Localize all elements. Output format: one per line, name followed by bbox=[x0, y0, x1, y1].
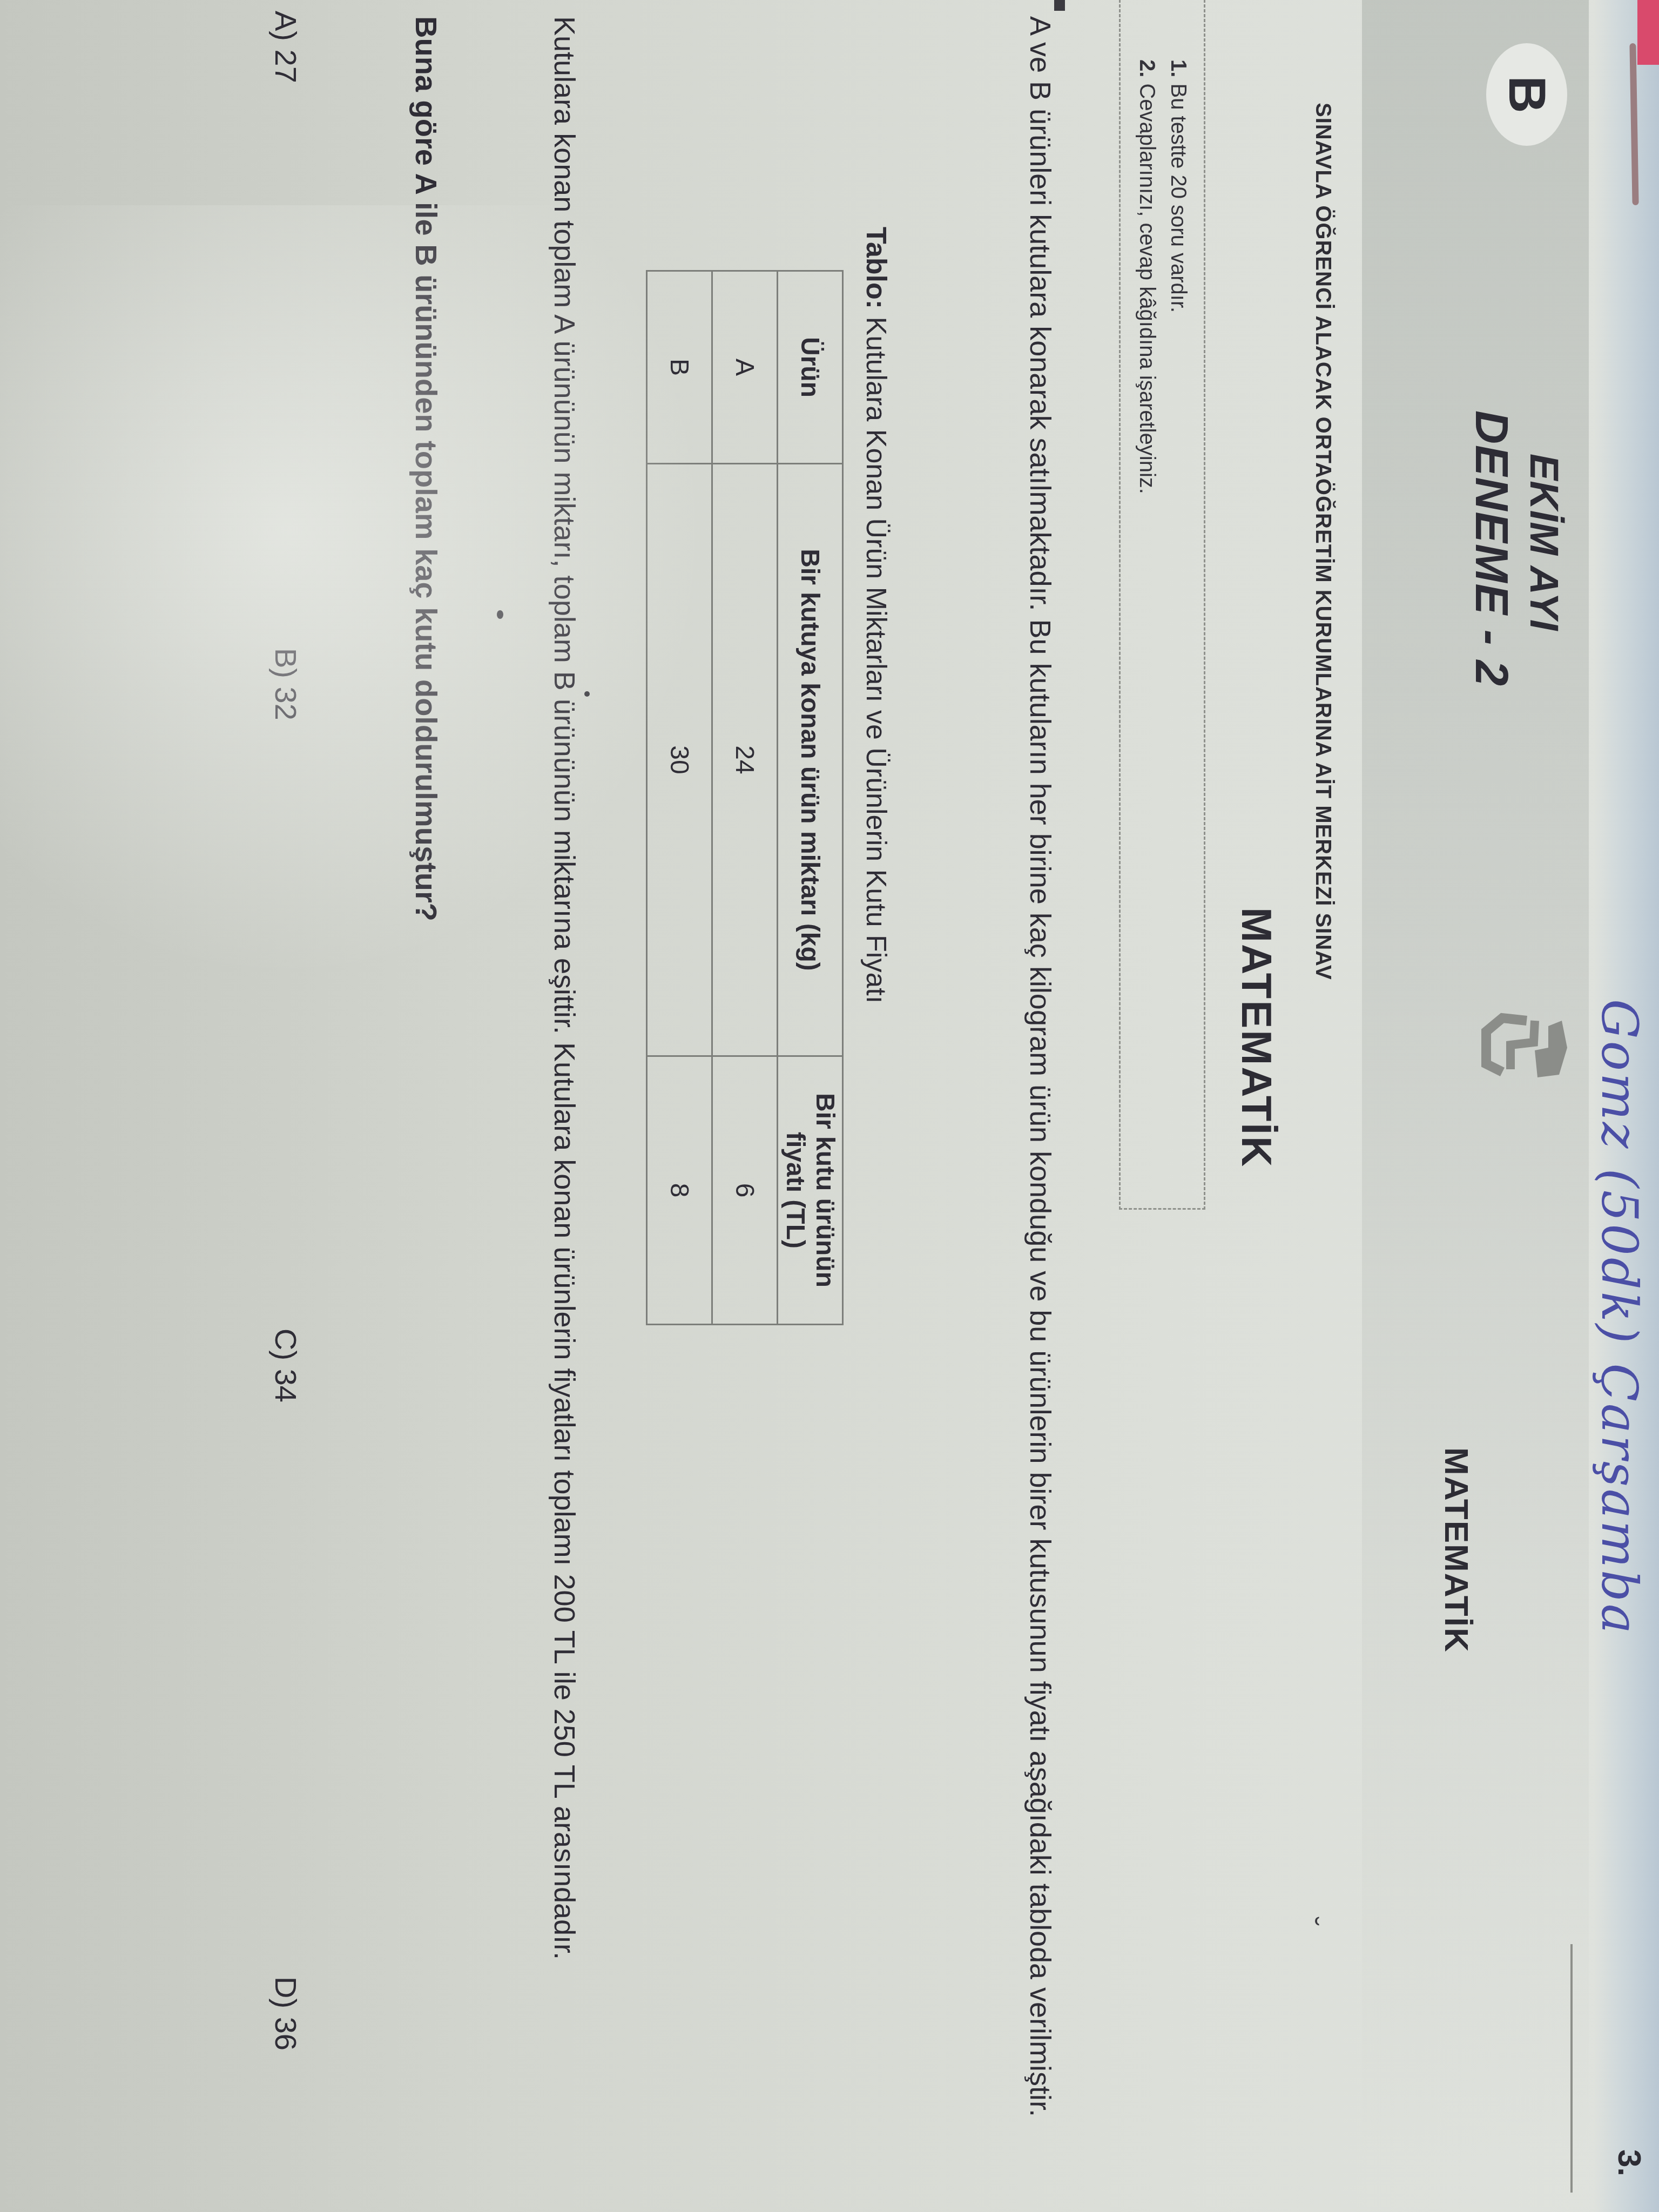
exam-month: EKİM AYI bbox=[1521, 454, 1567, 687]
pencil-mark: ˘ bbox=[1293, 1917, 1324, 1926]
table-caption: Tablo: Kutulara Konan Ürün Miktarları ve… bbox=[860, 227, 892, 1003]
question-prompt: Buna göre A ile B ürününden toplam kaç k… bbox=[409, 16, 444, 921]
option-c[interactable]: C) 34 bbox=[268, 1328, 304, 1402]
product-table: Ürün Bir kutuya konan ürün miktarı (kg) … bbox=[646, 270, 844, 1325]
subject-label-right: MATEMATİK bbox=[1437, 1447, 1475, 1653]
option-a[interactable]: A) 27 bbox=[268, 11, 304, 83]
header-band bbox=[1362, 0, 1589, 2160]
instruction-item: 1. Bu testte 20 soru vardır. bbox=[1163, 59, 1194, 1208]
column-header: Bir kutuya konan ürün miktarı (kg) bbox=[778, 464, 843, 1056]
option-b[interactable]: B) 32 bbox=[268, 648, 304, 720]
publisher-logo-icon bbox=[1481, 1010, 1567, 1080]
exam-title: EKİM AYI DENEME - 2 bbox=[1465, 410, 1567, 687]
column-header: Ürün bbox=[778, 271, 843, 464]
exam-subtitle: SINAVLA ÖĞRENCİ ALACAK ORTAÖĞRETİM KURUM… bbox=[1311, 103, 1335, 980]
light-glare bbox=[0, 205, 741, 1015]
red-sticky-tab bbox=[1637, 0, 1659, 65]
booklet-letter-badge: B bbox=[1486, 43, 1567, 146]
instruction-item: 2. Cevaplarınızı, cevap kâğıdına işaretl… bbox=[1131, 59, 1163, 1208]
booklet-letter: B bbox=[1497, 76, 1556, 113]
table-header-row: Ürün Bir kutuya konan ürün miktarı (kg) … bbox=[778, 271, 843, 1325]
table-row: A 24 6 bbox=[712, 271, 778, 1325]
exam-page: B EKİM AYI DENEME - 2 Gomz (50dk) Çarşam… bbox=[0, 0, 1659, 2212]
ink-spot bbox=[584, 691, 590, 697]
column-header: Bir kutu ürünün fiyatı (TL) bbox=[778, 1056, 843, 1325]
question-intro: A ve B ürünleri kutulara konarak satılma… bbox=[1021, 16, 1060, 2144]
question-statement: Kutulara konan toplam A ürününün miktarı… bbox=[544, 16, 584, 2155]
ink-spot bbox=[497, 610, 503, 619]
page-number: 3. bbox=[1611, 2149, 1648, 2176]
table-row: B 30 8 bbox=[647, 271, 712, 1325]
question-marker bbox=[1054, 0, 1065, 11]
option-d[interactable]: D) 36 bbox=[268, 1977, 304, 2051]
header-divider bbox=[1570, 1944, 1573, 2193]
exam-name: DENEME - 2 bbox=[1465, 410, 1518, 687]
instructions-box: 1. Bu testte 20 soru vardır. 2. Cevaplar… bbox=[1119, 0, 1205, 1210]
subject-title: MATEMATİK bbox=[1232, 907, 1281, 1168]
handwritten-note: Gomz (50dk) Çarşamba bbox=[1590, 999, 1648, 1636]
